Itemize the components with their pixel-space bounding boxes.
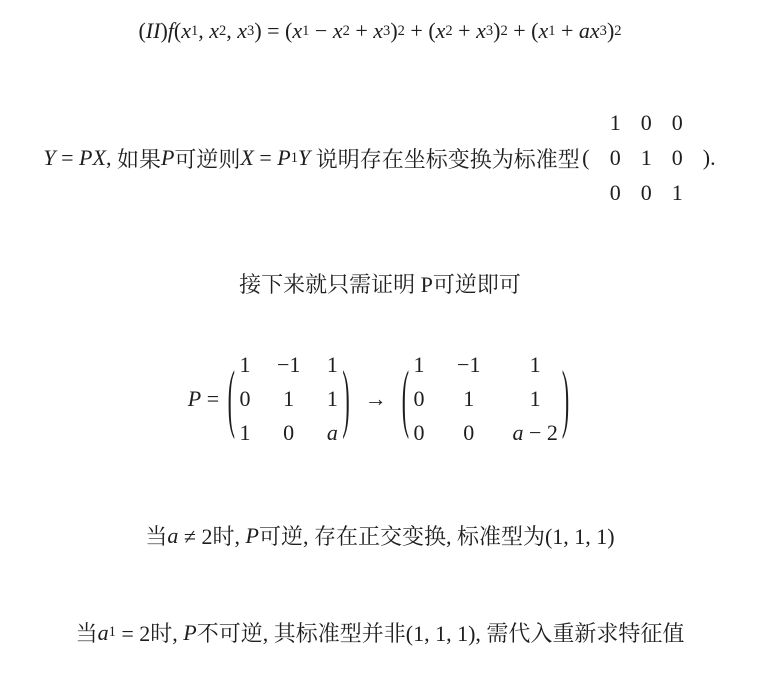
prove-p-invertible-text: 接下来就只需证明 P可逆即可 <box>239 268 521 299</box>
case-a-not-2-text: 当a ≠ 2时, P可逆, 存在正交变换, 标准型为(1, 1, 1) <box>145 520 614 551</box>
left-paren-icon: ( <box>228 361 235 437</box>
matrix-p-reduced: 1−1101100a − 2 <box>413 352 558 446</box>
equation-quadratic-form-text: (II)f(x1, x2, x3) = (x1 − x2 + x3)2 + (x… <box>138 18 621 44</box>
equation-matrix-reduction: P = ( 1−1101110a ) → ( 1−1101100a − 2 ) <box>0 352 760 446</box>
line-coordinate-transform: Y = PX, 如果P可逆则X = P1Y 说明存在坐标变换为标准型 100(0… <box>0 110 760 206</box>
identity-matrix: 100(010).001 <box>582 110 716 206</box>
coordinate-transform-text: Y = PX, 如果P可逆则X = P1Y 说明存在坐标变换为标准型 <box>43 143 579 174</box>
matrix-equation-lhs: P = <box>188 386 225 412</box>
arrow-right-icon: → <box>365 386 387 412</box>
left-paren-icon: ( <box>402 361 409 437</box>
line-case-a-equals-2: 当a1 = 2时, P不可逆, 其标准型并非(1, 1, 1), 需代入重新求特… <box>0 617 760 648</box>
equation-quadratic-form: (II)f(x1, x2, x3) = (x1 − x2 + x3)2 + (x… <box>0 18 760 44</box>
case-a-equals-2-text: 当a1 = 2时, P不可逆, 其标准型并非(1, 1, 1), 需代入重新求特… <box>76 617 685 648</box>
line-case-a-not-2: 当a ≠ 2时, P可逆, 存在正交变换, 标准型为(1, 1, 1) <box>0 520 760 551</box>
matrix-p: 1−1101110a <box>239 352 338 446</box>
right-paren-icon: ) <box>562 361 569 437</box>
math-notes-page: (II)f(x1, x2, x3) = (x1 − x2 + x3)2 + (x… <box>0 0 760 675</box>
right-paren-icon: ) <box>342 361 349 437</box>
line-prove-p-invertible: 接下来就只需证明 P可逆即可 <box>0 268 760 299</box>
